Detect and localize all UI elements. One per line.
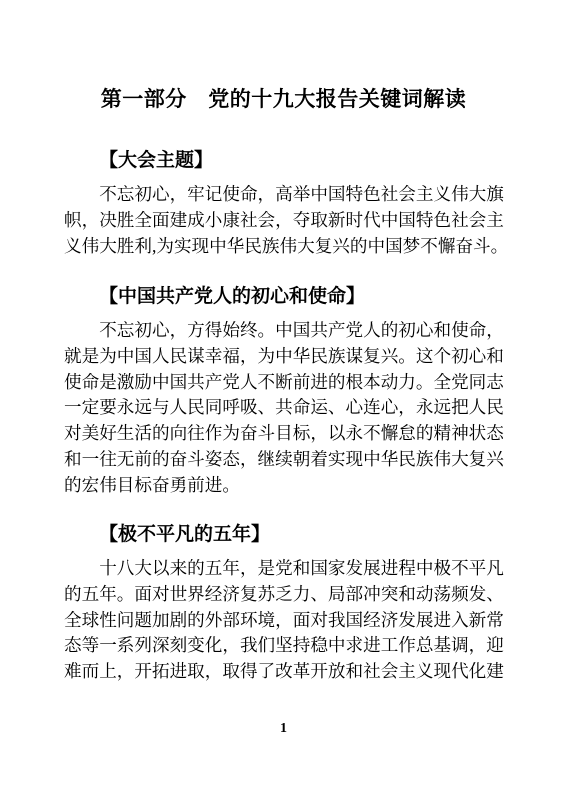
section-heading: 【极不平凡的五年】	[64, 524, 505, 546]
paragraph: 不忘初心，方得始终。中国共产党人的初心和使命，就是为中国人民谋幸福，为中华民族谋…	[64, 318, 505, 499]
text-line: 使命是激励中国共产党人不断前进的根本动力。全党同志	[64, 370, 505, 396]
section-heading: 【中国共产党人的初心和使命】	[64, 286, 505, 308]
page-number: 1	[0, 720, 567, 738]
section: 【中国共产党人的初心和使命】 不忘初心，方得始终。中国共产党人的初心和使命，就是…	[64, 286, 505, 499]
text-line: 对美好生活的向往作为奋斗目标，以永不懈怠的精神状态	[64, 421, 505, 447]
text-line: 和一往无前的奋斗姿态，继续朝着实现中华民族伟大复兴	[64, 447, 505, 473]
section: 【极不平凡的五年】 十八大以来的五年，是党和国家发展进程中极不平凡的五年。面对世…	[64, 524, 505, 685]
paragraph: 不忘初心，牢记使命，高举中国特色社会主义伟大旗帜，决胜全面建成小康社会，夺取新时…	[64, 182, 505, 259]
text-line: 不忘初心，方得始终。中国共产党人的初心和使命，	[64, 318, 505, 344]
text-line: 态等一系列深刻变化，我们坚持稳中求进工作总基调，迎	[64, 633, 505, 659]
paragraph: 十八大以来的五年，是党和国家发展进程中极不平凡的五年。面对世界经济复苏乏力、局部…	[64, 556, 505, 685]
text-line: 不忘初心，牢记使命，高举中国特色社会主义伟大旗	[64, 182, 505, 208]
document-page: 第一部分 党的十九大报告关键词解读 【大会主题】 不忘初心，牢记使命，高举中国特…	[0, 0, 567, 793]
text-line: 难而上，开拓进取，取得了改革开放和社会主义现代化建	[64, 659, 505, 685]
text-line: 就是为中国人民谋幸福，为中华民族谋复兴。这个初心和	[64, 344, 505, 370]
text-line: 的五年。面对世界经济复苏乏力、局部冲突和动荡频发、	[64, 582, 505, 608]
section-heading: 【大会主题】	[64, 150, 505, 172]
text-line: 全球性问题加剧的外部环境，面对我国经济发展进入新常	[64, 608, 505, 634]
text-line: 的宏伟目标奋勇前进。	[64, 473, 505, 499]
text-line: 义伟大胜利,为实现中华民族伟大复兴的中国梦不懈奋斗。	[64, 234, 505, 260]
section: 【大会主题】 不忘初心，牢记使命，高举中国特色社会主义伟大旗帜，决胜全面建成小康…	[64, 150, 505, 259]
text-line: 帜，决胜全面建成小康社会，夺取新时代中国特色社会主	[64, 208, 505, 234]
page-title: 第一部分 党的十九大报告关键词解读	[0, 87, 567, 112]
text-line: 十八大以来的五年，是党和国家发展进程中极不平凡	[64, 556, 505, 582]
text-line: 一定要永远与人民同呼吸、共命运、心连心，永远把人民	[64, 395, 505, 421]
